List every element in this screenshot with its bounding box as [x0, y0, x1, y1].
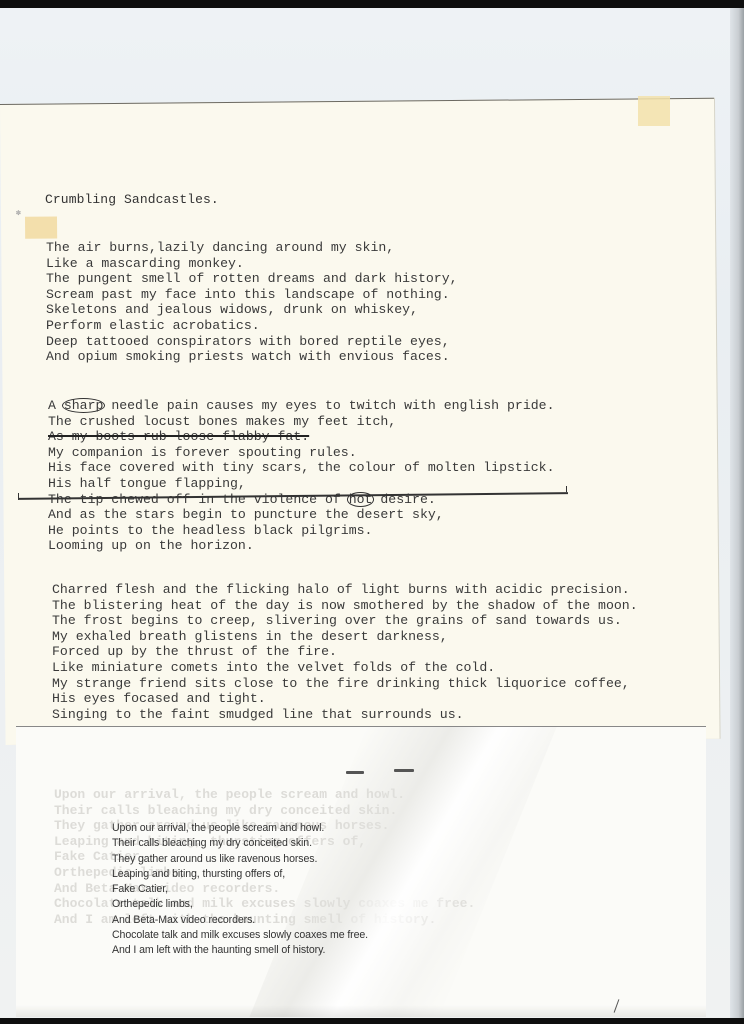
attached-poem: Upon our arrival, the people scream and …: [112, 821, 368, 959]
poem-line: And as the stars begin to puncture the d…: [48, 507, 555, 523]
margin-scribble: ✽: [16, 208, 21, 218]
staple-icon: [394, 769, 414, 772]
poem-line: Orthepedic limbs,: [112, 897, 368, 912]
poem-line: Leaping and biting, thursting offers of,: [112, 867, 368, 882]
stanza-3: Charred flesh and the flicking halo of l…: [52, 582, 638, 722]
staple-icon: [346, 771, 364, 774]
poem-line: The pungent smell of rotten dreams and d…: [46, 271, 458, 287]
poem-line: He points to the headless black pilgrims…: [48, 523, 555, 539]
underline-bracket-right: [566, 486, 567, 492]
poem-line: Like miniature comets into the velvet fo…: [52, 660, 638, 676]
struck-line: As my boots rub loose flabby fat.: [48, 429, 555, 445]
poem-title: Crumbling Sandcastles.: [45, 192, 219, 207]
poem-line: Forced up by the thrust of the fire.: [52, 644, 638, 660]
poem-line: Looming up on the horizon.: [48, 538, 555, 554]
poem-line: Scream past my face into this landscape …: [46, 287, 458, 303]
poem-line: The air burns,lazily dancing around my s…: [46, 240, 458, 256]
poem-line: My companion is forever spouting rules.: [48, 445, 555, 461]
stanza-1: The air burns,lazily dancing around my s…: [46, 240, 458, 365]
poem-line: Upon our arrival, the people scream and …: [112, 821, 368, 836]
poem-line: And Beta-Max video recorders.: [112, 913, 368, 928]
underline-bracket-left: [18, 493, 19, 500]
poem-line: The frost begins to creep, slivering ove…: [52, 613, 638, 629]
poem-line: His eyes focased and tight.: [52, 691, 638, 707]
poem-line: Chocolate talk and milk excuses slowly c…: [112, 928, 368, 943]
circled-word: sharp: [62, 398, 106, 413]
poem-line: Perform elastic acrobatics.: [46, 318, 458, 334]
attached-sheet: Upon our arrival, the people scream and …: [16, 726, 706, 1017]
stanza-2: A sharp needle pain causes my eyes to tw…: [48, 398, 555, 554]
tape-mark: [638, 96, 670, 126]
backing-board-edge: [730, 8, 744, 1018]
poem-line: Skeletons and jealous widows, drunk on w…: [46, 302, 458, 318]
poem-line: They gather around us like ravenous hors…: [112, 852, 368, 867]
poem-line: The blistering heat of the day is now sm…: [52, 598, 638, 614]
poem-line: A sharp needle pain causes my eyes to tw…: [48, 398, 555, 414]
poem-line: Deep tattooed conspirators with bored re…: [46, 334, 458, 350]
poem-line: Singing to the faint smudged line that s…: [52, 707, 638, 723]
poem-line: His half tongue flapping,: [48, 476, 555, 492]
poem-line: Charred flesh and the flicking halo of l…: [52, 582, 638, 598]
poem-line: Like a mascarding monkey.: [46, 256, 458, 272]
poem-line: My exhaled breath glistens in the desert…: [52, 629, 638, 645]
poem-line: And I am left with the haunting smell of…: [112, 943, 368, 958]
poem-line: My strange friend sits close to the fire…: [52, 676, 638, 692]
poem-line: Fake Catier,: [112, 882, 368, 897]
poem-line: And opium smoking priests watch with env…: [46, 349, 458, 365]
tape-mark: [25, 217, 57, 239]
poem-line: His face covered with tiny scars, the co…: [48, 460, 555, 476]
poem-line: The crushed locust bones makes my feet i…: [48, 414, 555, 430]
poem-line: Their calls bleaching my dry conceited s…: [112, 836, 368, 851]
